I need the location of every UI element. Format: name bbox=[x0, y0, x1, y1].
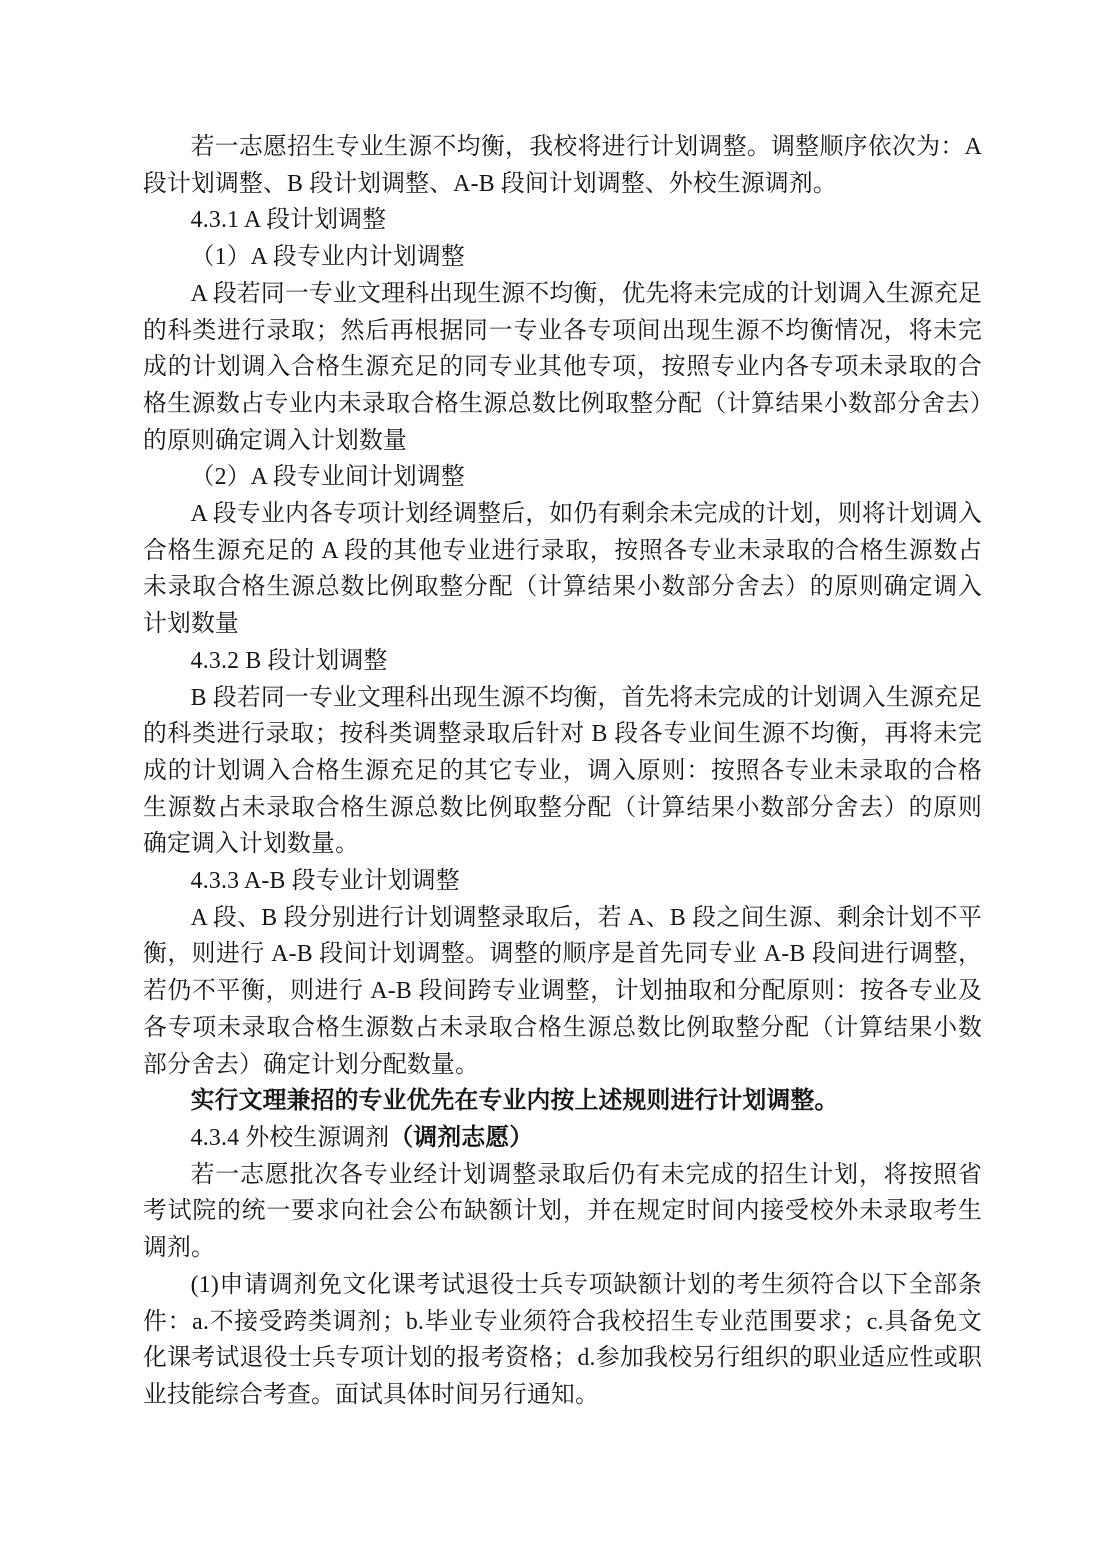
text-run: B 段若同一专业文理科出现生源不均衡，首先将未完成的计划调入生源充足的科类进行录… bbox=[143, 685, 982, 858]
paragraph: B 段若同一专业文理科出现生源不均衡，首先将未完成的计划调入生源充足的科类进行录… bbox=[143, 680, 982, 864]
text-run: 4.3.1 A 段计划调整 bbox=[191, 207, 387, 233]
text-run: 若一志愿批次各专业经计划调整录取后仍有未完成的招生计划，将按照省考试院的统一要求… bbox=[143, 1162, 982, 1261]
paragraph: A 段、B 段分别进行计划调整录取后，若 A、B 段之间生源、剩余计划不平衡，则… bbox=[143, 900, 982, 1084]
text-run: A 段若同一专业文理科出现生源不均衡，优先将未完成的计划调入生源充足的科类进行录… bbox=[143, 281, 982, 454]
paragraph: 4.3.4 外校生源调剂（调剂志愿） bbox=[143, 1120, 982, 1157]
paragraph: A 段若同一专业文理科出现生源不均衡，优先将未完成的计划调入生源充足的科类进行录… bbox=[143, 276, 982, 460]
text-run: 4.3.2 B 段计划调整 bbox=[191, 648, 388, 674]
document-body: 若一志愿招生专业生源不均衡，我校将进行计划调整。调整顺序依次为：A 段计划调整、… bbox=[143, 129, 982, 1414]
paragraph: 4.3.2 B 段计划调整 bbox=[143, 643, 982, 680]
text-run: （调剂志愿） bbox=[389, 1125, 533, 1151]
paragraph: 实行文理兼招的专业优先在专业内按上述规则进行计划调整。 bbox=[143, 1083, 982, 1120]
text-run: 4.3.4 外校生源调剂 bbox=[191, 1125, 390, 1151]
text-run: 若一志愿招生专业生源不均衡，我校将进行计划调整。调整顺序依次为：A 段计划调整、… bbox=[143, 134, 982, 197]
paragraph: (1)申请调剂免文化课考试退役士兵专项缺额计划的考生须符合以下全部条件：a.不接… bbox=[143, 1267, 982, 1414]
paragraph: 若一志愿批次各专业经计划调整录取后仍有未完成的招生计划，将按照省考试院的统一要求… bbox=[143, 1157, 982, 1267]
paragraph: A 段专业内各专项计划经调整后，如仍有剩余未完成的计划，则将计划调入合格生源充足… bbox=[143, 496, 982, 643]
paragraph: 4.3.3 A-B 段专业计划调整 bbox=[143, 863, 982, 900]
text-run: (1)申请调剂免文化课考试退役士兵专项缺额计划的考生须符合以下全部条件：a.不接… bbox=[143, 1272, 982, 1408]
text-run: 实行文理兼招的专业优先在专业内按上述规则进行计划调整。 bbox=[191, 1088, 839, 1114]
text-run: （1）A 段专业内计划调整 bbox=[191, 244, 465, 270]
text-run: A 段专业内各专项计划经调整后，如仍有剩余未完成的计划，则将计划调入合格生源充足… bbox=[143, 501, 982, 637]
text-run: 4.3.3 A-B 段专业计划调整 bbox=[191, 868, 460, 894]
paragraph: （1）A 段专业内计划调整 bbox=[143, 239, 982, 276]
paragraph: （2）A 段专业间计划调整 bbox=[143, 459, 982, 496]
text-run: （2）A 段专业间计划调整 bbox=[191, 464, 465, 490]
paragraph: 4.3.1 A 段计划调整 bbox=[143, 202, 982, 239]
text-run: A 段、B 段分别进行计划调整录取后，若 A、B 段之间生源、剩余计划不平衡，则… bbox=[143, 905, 982, 1078]
paragraph: 若一志愿招生专业生源不均衡，我校将进行计划调整。调整顺序依次为：A 段计划调整、… bbox=[143, 129, 982, 202]
document-page: 若一志愿招生专业生源不均衡，我校将进行计划调整。调整顺序依次为：A 段计划调整、… bbox=[0, 0, 1102, 1559]
